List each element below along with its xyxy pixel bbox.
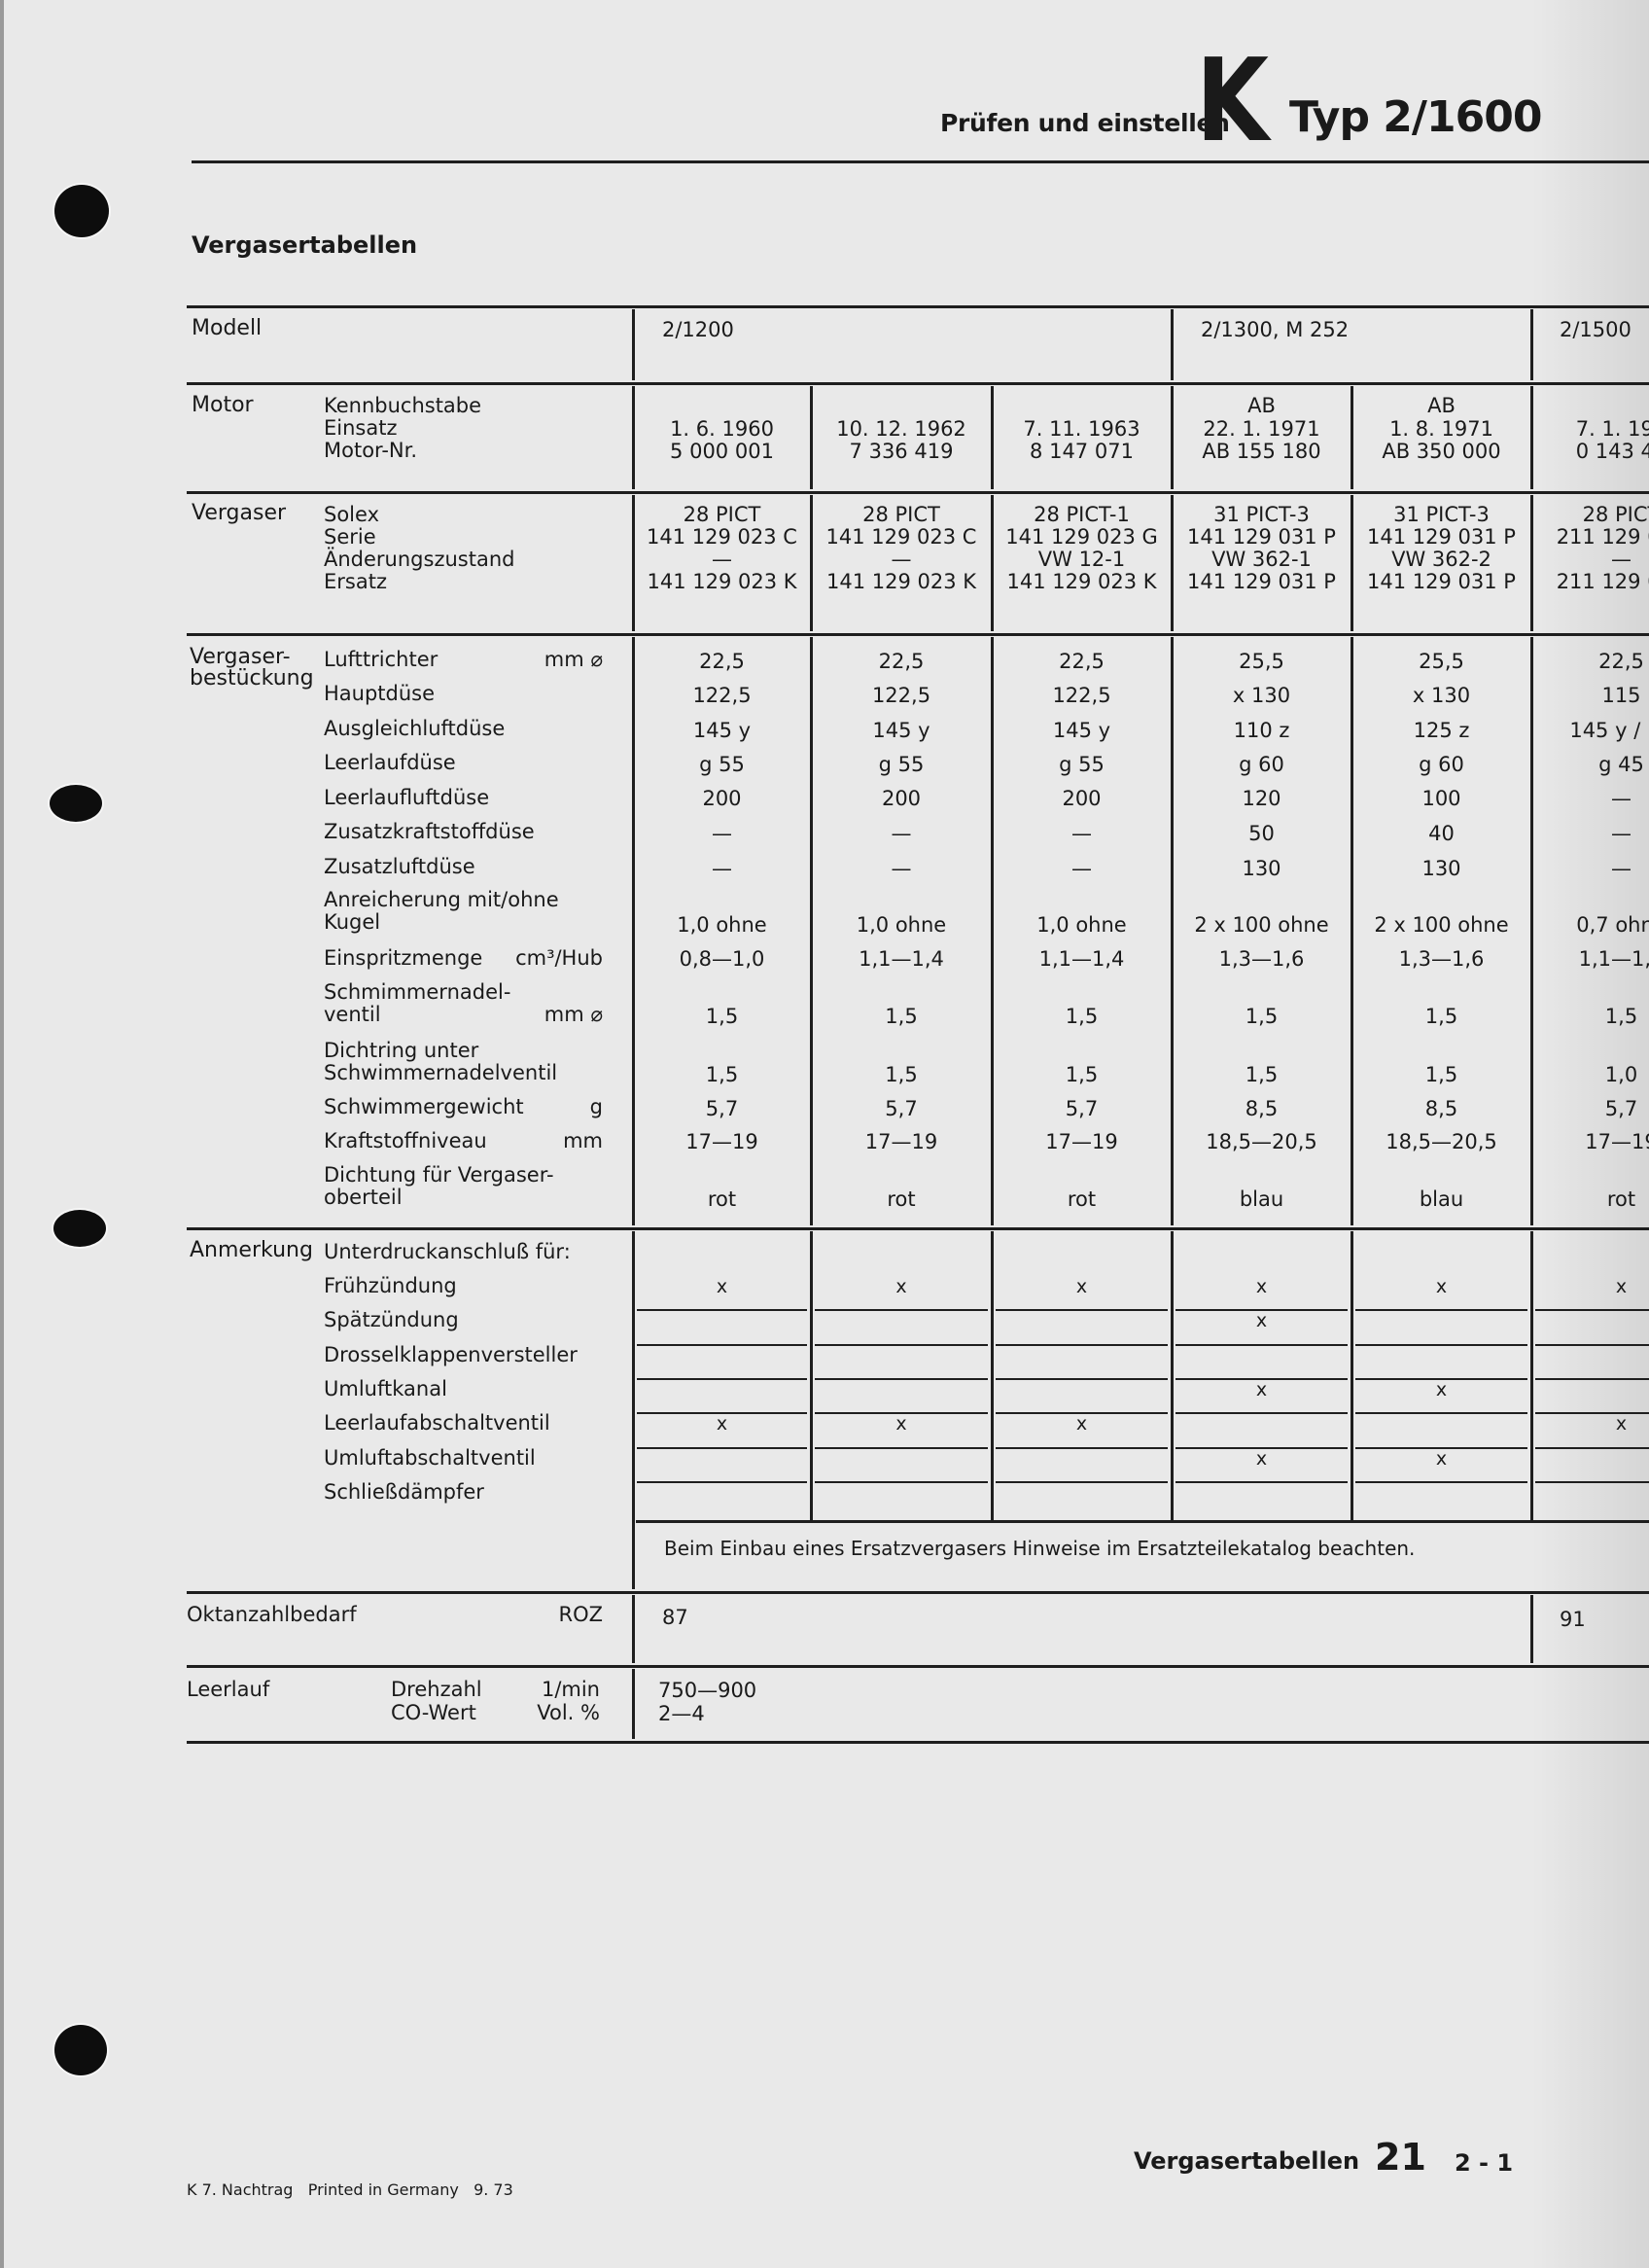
bestueckung-value: 145 y (990, 719, 1175, 742)
vergaser-aenderung: — (630, 548, 815, 571)
bestueckung-row-label: Lufttrichter (324, 648, 438, 671)
bestueckung-value: — (990, 822, 1175, 845)
bestueckung-value: 1,0 ohne (809, 913, 994, 937)
bestueckung-value: 1,1—1,4 (809, 947, 994, 971)
bestueckung-row-label: Einspritzmenge (324, 946, 482, 970)
bestueckung-value: 22,5 (1529, 650, 1649, 673)
bestueckung-value: 5,7 (990, 1097, 1175, 1120)
vergaser-solex: 28 PICT (809, 503, 994, 526)
bestueckung-value: x 130 (1170, 684, 1354, 707)
table-bottom-rule (187, 1741, 1649, 1744)
bestueckung-row-label-2: Schwimmernadelventil (324, 1061, 557, 1084)
bestueckung-value: 17—19 (1529, 1130, 1649, 1153)
bestueckung-value: — (1529, 787, 1649, 810)
bestueckung-value: 1,5 (630, 1005, 815, 1028)
anmerkung-grid-line (1535, 1378, 1649, 1380)
anmerkung-grid-line (996, 1309, 1168, 1311)
oktan-divider-2 (1530, 1595, 1533, 1663)
modell-divider (1171, 309, 1174, 380)
vergaser-solex: 28 PICT (630, 503, 815, 526)
bestueckung-value: 1,1—1,4 (990, 947, 1175, 971)
anmerkung-column-divider (810, 1231, 813, 1520)
anmerkung-row-label: Leerlaufabschaltventil (324, 1411, 550, 1435)
anmerkung-grid-line (1175, 1481, 1348, 1483)
bestueckung-value: 22,5 (809, 650, 994, 673)
vergaser-aenderung: — (809, 548, 994, 571)
leerlauf-co-label: CO-Wert (391, 1701, 476, 1724)
bestueckung-value: blau (1350, 1187, 1534, 1211)
bestueckung-value: 1,3—1,6 (1350, 947, 1534, 971)
anmerkung-grid-line (815, 1378, 988, 1380)
modell-divider (1530, 309, 1533, 380)
bestueckung-label-2: bestückung (190, 667, 314, 691)
bestueckung-value: 1,0 ohne (990, 913, 1175, 937)
section-rule-oktan (187, 1591, 1649, 1594)
vergaser-ersatz: 141 129 023 K (630, 570, 815, 593)
header-rule (192, 160, 1649, 163)
bestueckung-value: 145 y (630, 719, 815, 742)
bestueckung-value: 0,8—1,0 (630, 947, 815, 971)
bestueckung-value: 1,5 (990, 1005, 1175, 1028)
vergaser-serie: 141 129 023 C (630, 525, 815, 549)
bestueckung-value: 2 x 100 ohne (1350, 913, 1534, 937)
anmerkung-column-divider (1530, 1231, 1533, 1520)
anmerkung-mark: x (1602, 1413, 1641, 1435)
bestueckung-value: — (1529, 857, 1649, 880)
bestueckung-value: 22,5 (630, 650, 815, 673)
anmerkung-grid-line (637, 1447, 807, 1449)
bestueckung-value: 50 (1170, 822, 1354, 845)
table-top-rule (187, 305, 1649, 308)
anmerkung-grid-line (815, 1309, 988, 1311)
bestueckung-value: 17—19 (990, 1130, 1175, 1153)
anmerkung-note: Beim Einbau eines Ersatzvergasers Hinwei… (664, 1537, 1415, 1560)
anmerkung-grid-line (637, 1378, 807, 1380)
motor-nr: 7 336 419 (809, 440, 994, 463)
vergaser-solex: 28 PICT (1529, 503, 1649, 526)
bestueckung-value: 125 z (1350, 719, 1534, 742)
bestueckung-value: 200 (630, 787, 815, 810)
bestueckung-row-unit: cm³/Hub (467, 946, 603, 970)
anmerkung-mark: x (1422, 1448, 1461, 1470)
motor-label: Motor (192, 394, 254, 417)
header-section-letter: K (1196, 43, 1269, 158)
punch-hole-2 (50, 785, 102, 822)
oktan-unit: ROZ (467, 1603, 603, 1626)
bestueckung-row-label: Leerlaufdüse (324, 751, 456, 774)
bestueckung-row-label: Schmimmernadel- (324, 980, 510, 1004)
anmerkung-grid-line (996, 1447, 1168, 1449)
anmerkung-mark: x (1243, 1448, 1281, 1470)
bestueckung-value: 1,5 (1529, 1005, 1649, 1028)
motor-einsatz: 22. 1. 1971 (1170, 417, 1354, 441)
motor-einsatz: 1. 8. 1971 (1350, 417, 1534, 441)
bestueckung-row-label: Dichtung für Vergaser- (324, 1163, 554, 1187)
anmerkung-column-divider (1171, 1231, 1174, 1520)
section-rule-anmerkung (187, 1227, 1649, 1230)
anmerkung-grid-line (1535, 1447, 1649, 1449)
footer-page-sub: 2 - 1 (1455, 2149, 1513, 2177)
anmerkung-column-divider (1351, 1231, 1353, 1520)
header-subtitle: Prüfen und einstellen (940, 109, 1230, 137)
bestueckung-row-label: Ausgleichluftdüse (324, 717, 505, 740)
bestueckung-row-label: Hauptdüse (324, 682, 435, 705)
footer-section: Vergasertabellen (1134, 2147, 1359, 2175)
motor-einsatz: 7. 1. 196 (1529, 417, 1649, 441)
bestueckung-value: g 45 (1529, 753, 1649, 776)
bestueckung-value: 100 (1350, 787, 1534, 810)
anmerkung-mark: x (1243, 1310, 1281, 1331)
bestueckung-value: 25,5 (1170, 650, 1354, 673)
anmerkung-grid-line (637, 1481, 807, 1483)
anmerkung-grid-line (1355, 1481, 1527, 1483)
vergaser-aenderung: VW 362-1 (1170, 548, 1354, 571)
bestueckung-value: rot (990, 1187, 1175, 1211)
bestueckung-value: 8,5 (1170, 1097, 1354, 1120)
anmerkung-grid-line (996, 1378, 1168, 1380)
bestueckung-row-label: Anreicherung mit/ohne (324, 888, 559, 911)
bestueckung-value: 0,7 ohne (1529, 913, 1649, 937)
anmerkung-grid-line (815, 1447, 988, 1449)
modell-group-2-1200: 2/1200 (662, 318, 734, 341)
punch-hole-3 (53, 1210, 106, 1247)
bestueckung-value: 145 y (809, 719, 994, 742)
motor-sublabel: Einsatz (324, 416, 397, 440)
oktan-value-87: 87 (662, 1606, 688, 1629)
motor-nr: 5 000 001 (630, 440, 815, 463)
bestueckung-value: 130 (1350, 857, 1534, 880)
anmerkung-row-label: Drosselklappenversteller (324, 1343, 578, 1366)
bestueckung-value: 5,7 (1529, 1097, 1649, 1120)
anmerkung-grid-line (815, 1481, 988, 1483)
bestueckung-value: 120 (1170, 787, 1354, 810)
anmerkung-mark: x (1243, 1276, 1281, 1297)
bestueckung-row-unit: mm ⌀ (467, 1003, 603, 1026)
anmerkung-mark: x (882, 1276, 921, 1297)
bestueckung-value: 122,5 (630, 684, 815, 707)
bestueckung-value: g 60 (1170, 753, 1354, 776)
vergaser-ersatz: 141 129 031 P (1170, 570, 1354, 593)
oktan-value-91: 91 (1560, 1608, 1586, 1631)
bestueckung-value: x 130 (1350, 684, 1534, 707)
vergaser-label: Vergaser (192, 502, 286, 525)
anmerkung-mark: x (1602, 1276, 1641, 1297)
anmerkung-grid-line (1355, 1412, 1527, 1414)
vergaser-ersatz: 141 129 023 K (809, 570, 994, 593)
vergaser-sublabel: Änderungszustand (324, 548, 514, 571)
section-title: Vergasertabellen (192, 231, 417, 259)
anmerkung-mark: x (703, 1413, 742, 1435)
modell-group-2-1300: 2/1300, M 252 (1201, 318, 1349, 341)
anmerkung-label: Anmerkung (190, 1239, 313, 1262)
anmerkung-mark: x (1422, 1276, 1461, 1297)
motor-sublabel: Motor-Nr. (324, 439, 417, 462)
bestueckung-value: 17—19 (809, 1130, 994, 1153)
bestueckung-value: g 55 (630, 753, 815, 776)
bestueckung-value: — (990, 857, 1175, 880)
vergaser-aenderung: VW 12-1 (990, 548, 1175, 571)
motor-nr: AB 155 180 (1170, 440, 1354, 463)
section-rule-motor (187, 382, 1649, 385)
motor-einsatz: 7. 11. 1963 (990, 417, 1175, 441)
anmerkung-grid-line (1355, 1344, 1527, 1346)
bestueckung-value: 200 (809, 787, 994, 810)
bestueckung-row-label-2: oberteil (324, 1186, 403, 1209)
bestueckung-value: — (630, 857, 815, 880)
anmerkung-grid-line (637, 1309, 807, 1311)
vergaser-aenderung: VW 362-2 (1350, 548, 1534, 571)
vergaser-sublabel: Serie (324, 525, 376, 549)
section-rule-leerlauf (187, 1665, 1649, 1668)
bestueckung-row-label-2: Kugel (324, 910, 380, 934)
vergaser-solex: 31 PICT-3 (1350, 503, 1534, 526)
anmerkung-row-label: Umluftabschaltventil (324, 1446, 536, 1470)
vergaser-sublabel: Ersatz (324, 570, 387, 593)
anmerkung-row-label: Frühzündung (324, 1274, 457, 1297)
anmerkung-column-divider (991, 1231, 994, 1520)
bestueckung-value: 1,5 (809, 1063, 994, 1086)
vergaser-sublabel: Solex (324, 503, 379, 526)
anmerkung-grid-line (1175, 1344, 1348, 1346)
leerlauf-co-unit: Vol. % (467, 1701, 600, 1724)
vergaser-serie: 141 129 031 P (1170, 525, 1354, 549)
bestueckung-value: 18,5—20,5 (1350, 1130, 1534, 1153)
anmerkung-grid-line (996, 1481, 1168, 1483)
motor-nr: 8 147 071 (990, 440, 1175, 463)
bestueckung-value: g 60 (1350, 753, 1534, 776)
modell-group-2-1500: 2/1500 (1560, 318, 1631, 341)
anmerkung-grid-line (1535, 1481, 1649, 1483)
bestueckung-value: 122,5 (809, 684, 994, 707)
bestueckung-value: 5,7 (630, 1097, 815, 1120)
bestueckung-value: rot (1529, 1187, 1649, 1211)
anmerkung-grid-line (815, 1344, 988, 1346)
bestueckung-value: 200 (990, 787, 1175, 810)
anmerkung-mark: x (1063, 1276, 1102, 1297)
bestueckung-row-unit: g (467, 1095, 603, 1118)
motor-nr: AB 350 000 (1350, 440, 1534, 463)
bestueckung-value: 130 (1170, 857, 1354, 880)
bestueckung-value: blau (1170, 1187, 1354, 1211)
bestueckung-value: 122,5 (990, 684, 1175, 707)
vergaser-serie: 141 129 031 P (1350, 525, 1534, 549)
anmerkung-grid-bottom (636, 1520, 1649, 1523)
section-rule-bestueckung (187, 633, 1649, 636)
footer-print-info: K 7. Nachtrag Printed in Germany 9. 73 (187, 2180, 513, 2199)
anmerkung-grid-line (1175, 1412, 1348, 1414)
bestueckung-row-unit: mm (467, 1129, 603, 1152)
leerlauf-divider (632, 1669, 635, 1739)
vergaser-ersatz: 211 129 023 (1529, 570, 1649, 593)
bestueckung-row-label: Dichtring unter (324, 1039, 478, 1062)
motor-kennbuchstabe: AB (1350, 394, 1534, 417)
modell-divider (632, 309, 635, 380)
anmerkung-column-divider (632, 1231, 635, 1520)
bestueckung-value: 1,0 (1529, 1063, 1649, 1086)
vergaser-ersatz: 141 129 023 K (990, 570, 1175, 593)
bestueckung-value: — (809, 822, 994, 845)
anmerkung-grid-line (1535, 1309, 1649, 1311)
punch-hole-1 (54, 185, 109, 237)
bestueckung-row-label: Leerlaufluftdüse (324, 786, 489, 809)
vergaser-solex: 28 PICT-1 (990, 503, 1175, 526)
motor-einsatz: 10. 12. 1962 (809, 417, 994, 441)
anmerkung-mark: x (1063, 1413, 1102, 1435)
bestueckung-value: 1,5 (809, 1005, 994, 1028)
anmerkung-mark: x (1243, 1379, 1281, 1400)
bestueckung-row-label-2: ventil (324, 1003, 381, 1026)
leerlauf-drehzahl-unit: 1/min (467, 1678, 600, 1701)
vergaser-solex: 31 PICT-3 (1170, 503, 1354, 526)
bestueckung-value: 5,7 (809, 1097, 994, 1120)
header-model: Typ 2/1600 (1289, 92, 1541, 142)
oktan-label: Oktanzahlbedarf (187, 1603, 357, 1626)
leerlauf-co-value: 2—4 (658, 1702, 705, 1725)
leerlauf-drehzahl-value: 750—900 (658, 1679, 756, 1702)
bestueckung-value: 25,5 (1350, 650, 1534, 673)
bestueckung-value: 1,3—1,6 (1170, 947, 1354, 971)
bestueckung-value: 22,5 (990, 650, 1175, 673)
footer-page-number: 21 (1375, 2136, 1426, 2179)
anmerkung-heading: Unterdruckanschluß für: (324, 1240, 571, 1263)
modell-label: Modell (192, 317, 262, 340)
anmerkung-row-label: Umluftkanal (324, 1377, 447, 1400)
anmerkung-mark: x (1422, 1379, 1461, 1400)
bestueckung-value: 115 (1529, 684, 1649, 707)
bestueckung-row-unit: mm ⌀ (467, 648, 603, 671)
bestueckung-value: g 55 (990, 753, 1175, 776)
vergaser-ersatz: 141 129 031 P (1350, 570, 1534, 593)
bestueckung-value: 1,0 ohne (630, 913, 815, 937)
bestueckung-value: 40 (1350, 822, 1534, 845)
anmerkung-grid-line (637, 1344, 807, 1346)
bestueckung-value: 18,5—20,5 (1170, 1130, 1354, 1153)
punch-hole-4 (54, 2025, 107, 2075)
anmerkung-grid-line (1355, 1309, 1527, 1311)
anmerkung-mark: x (703, 1276, 742, 1297)
page-left-edge (0, 0, 4, 2268)
bestueckung-value: — (809, 857, 994, 880)
bestueckung-value: 1,1—1,4 (1529, 947, 1649, 971)
leerlauf-label: Leerlauf (187, 1678, 269, 1701)
bestueckung-value: 1,5 (630, 1063, 815, 1086)
bestueckung-value: 8,5 (1350, 1097, 1534, 1120)
bestueckung-value: 1,5 (990, 1063, 1175, 1086)
bestueckung-value: 1,5 (1170, 1063, 1354, 1086)
motor-nr: 0 143 44 (1529, 440, 1649, 463)
bestueckung-row-label: Zusatzkraftstoffdüse (324, 820, 535, 843)
vergaser-aenderung: — (1529, 548, 1649, 571)
bestueckung-value: 1,5 (1170, 1005, 1354, 1028)
motor-kennbuchstabe: AB (1170, 394, 1354, 417)
bestueckung-value: 17—19 (630, 1130, 815, 1153)
anmerkung-row-label: Spätzündung (324, 1308, 459, 1331)
bestueckung-value: rot (809, 1187, 994, 1211)
bestueckung-value: g 55 (809, 753, 994, 776)
bestueckung-row-label: Zusatzluftdüse (324, 855, 475, 878)
anmerkung-grid-line (996, 1344, 1168, 1346)
bestueckung-value: rot (630, 1187, 815, 1211)
anmerkung-mark: x (882, 1413, 921, 1435)
anmerkung-row-label: Schließdämpfer (324, 1480, 484, 1504)
bestueckung-value: 110 z (1170, 719, 1354, 742)
anmerkung-grid-line (1535, 1344, 1649, 1346)
vergaser-serie: 211 129 023 (1529, 525, 1649, 549)
bestueckung-value: — (630, 822, 815, 845)
bestueckung-value: — (1529, 822, 1649, 845)
motor-einsatz: 1. 6. 1960 (630, 417, 815, 441)
vergaser-serie: 141 129 023 C (809, 525, 994, 549)
motor-sublabel: Kennbuchstabe (324, 394, 481, 417)
bestueckung-value: 1,5 (1350, 1005, 1534, 1028)
vergaser-serie: 141 129 023 G (990, 525, 1175, 549)
bestueckung-value: 1,5 (1350, 1063, 1534, 1086)
bestueckung-value: 145 y / 15 (1529, 719, 1649, 742)
bestueckung-value: 2 x 100 ohne (1170, 913, 1354, 937)
bestueckung-row-label: Kraftstoffniveau (324, 1129, 487, 1152)
anmerkung-note-left-border (632, 1520, 635, 1589)
section-rule-vergaser (187, 491, 1649, 494)
oktan-divider (632, 1595, 635, 1663)
